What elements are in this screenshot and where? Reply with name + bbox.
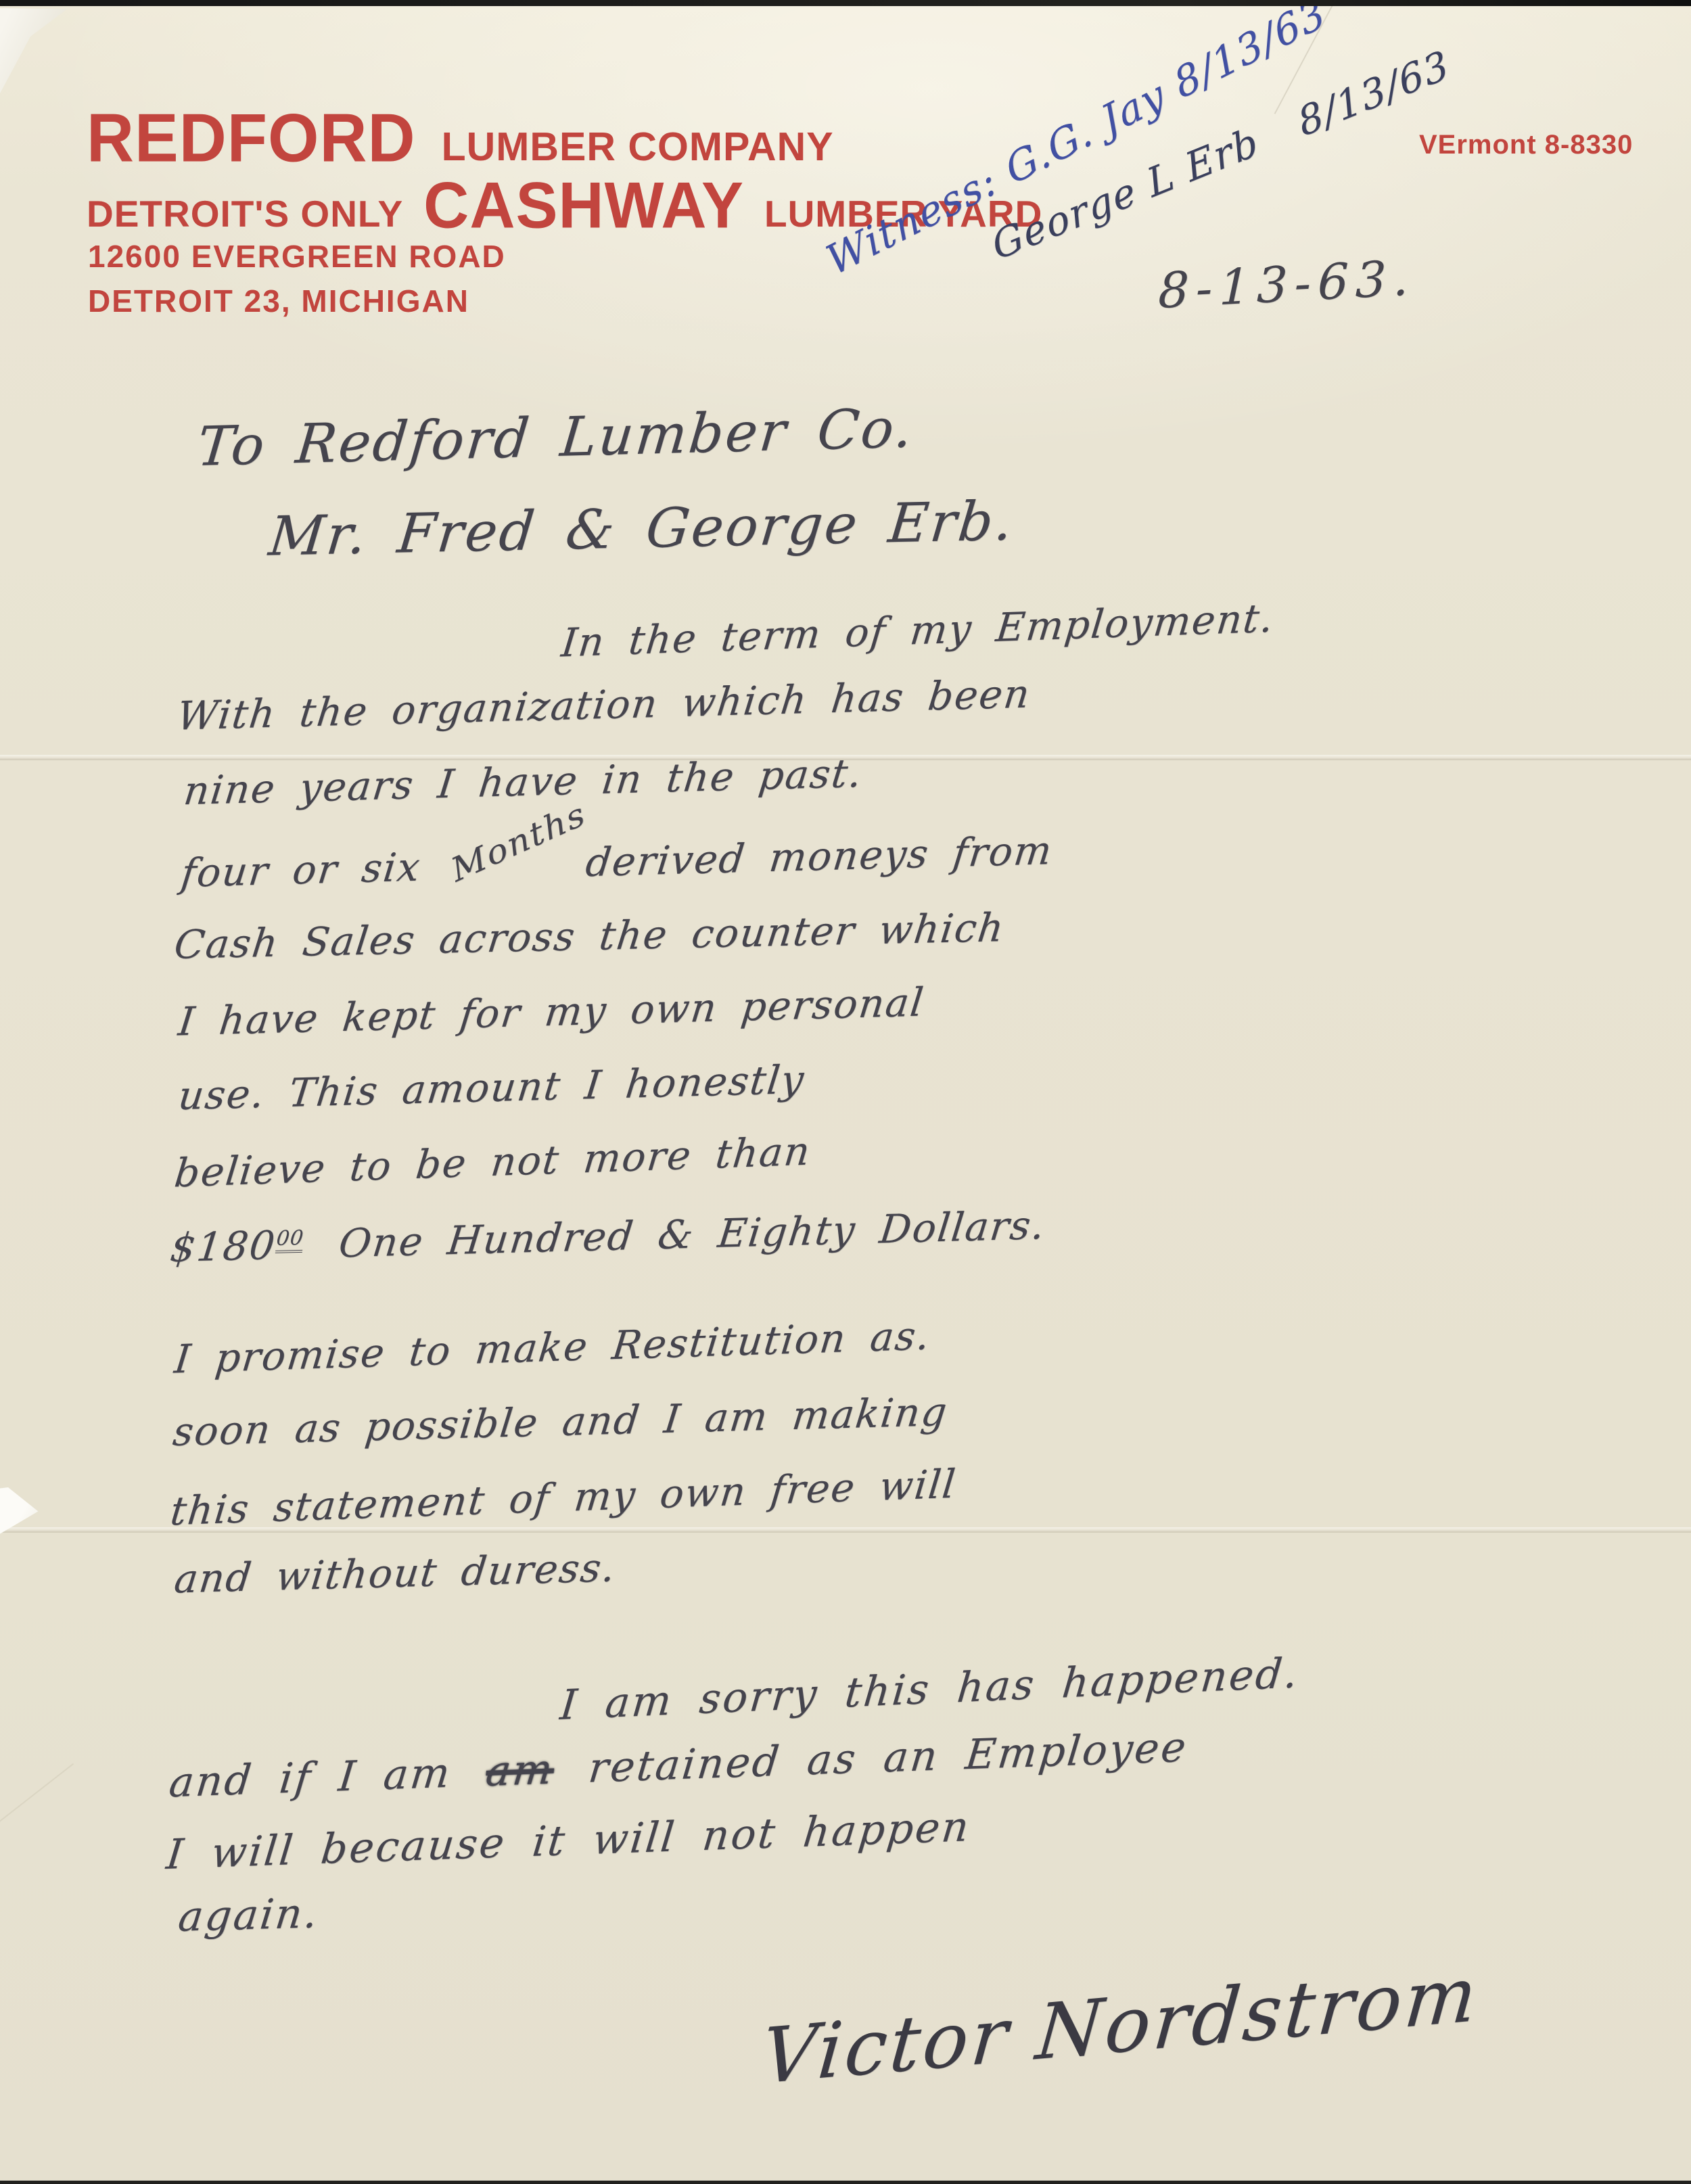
struck-out-word: am — [484, 1745, 557, 1796]
amount-cents: 00 — [275, 1226, 305, 1253]
letter-line: again. — [176, 1889, 322, 1941]
letterhead-brand-redford: REDFORD — [87, 99, 416, 177]
letterhead-detroits-only: DETROIT'S ONLY — [87, 192, 403, 235]
line-segment: four or six — [179, 843, 423, 896]
line-segment: and if I am — [167, 1749, 455, 1807]
letterhead-brand-cashway: CASHWAY — [423, 168, 744, 243]
letterhead-line1: REDFORD LUMBER COMPANY — [87, 100, 834, 176]
letterhead-address-line2: DETROIT 23, MICHIGAN — [88, 283, 469, 319]
amount-figure: $180 — [168, 1222, 278, 1271]
letterhead-phone: VErmont 8-8330 — [1419, 130, 1633, 160]
letterhead-lumber-company: LUMBER COMPANY — [442, 124, 834, 170]
scanner-edge-bottom — [0, 2181, 1691, 2184]
scanner-edge-top — [0, 0, 1691, 6]
scanned-letter-page: REDFORD LUMBER COMPANY DETROIT'S ONLY CA… — [0, 0, 1691, 2184]
letterhead-address-line1: 12600 EVERGREEN ROAD — [88, 238, 506, 275]
